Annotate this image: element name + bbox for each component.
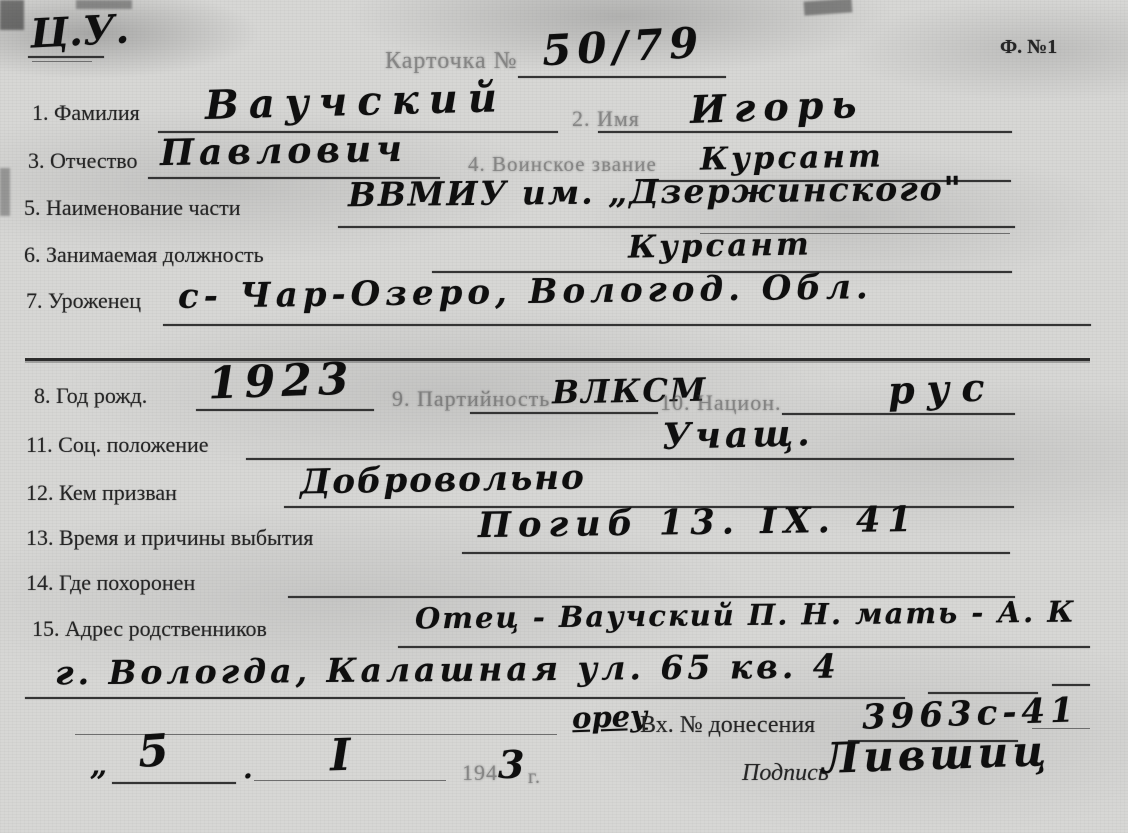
field-unit-value: ВВМИУ им. „Дзержинского" <box>348 169 963 214</box>
field-name-label: 2. Имя <box>572 106 640 132</box>
signature-value: Лившиц <box>821 726 1051 783</box>
field-relatives-label: 15. Адрес родственников <box>32 616 267 642</box>
underline <box>28 56 104 58</box>
underline <box>338 226 1015 228</box>
field-discharge-label: 13. Время и причины выбытия <box>26 525 313 551</box>
form-code: Ф. №1 <box>1000 36 1057 59</box>
field-social-label: 11. Соц. положение <box>26 432 209 458</box>
date-year-suffix: г. <box>528 766 541 789</box>
record-card-scan: Ц.У. Карточка № 50/79 Ф. №1 1. Фамилия В… <box>0 0 1128 833</box>
signature-label: Подпись <box>742 760 829 787</box>
underline <box>462 552 1010 554</box>
report-number-label: Вх. № донесения <box>640 712 815 739</box>
handwritten-note: ореу <box>571 699 648 736</box>
underline <box>32 61 92 62</box>
field-nationality-value: рус <box>887 364 997 413</box>
underline <box>112 782 236 784</box>
field-surname-value: Ваучский <box>204 74 507 129</box>
date-separator-dot: . <box>243 752 253 785</box>
underline <box>598 131 1012 133</box>
underline <box>196 409 374 411</box>
field-name-value: Игорь <box>689 81 865 132</box>
date-month-value: I <box>329 730 351 782</box>
date-open-quote: „ <box>90 748 107 783</box>
scan-smudge <box>0 168 10 216</box>
scan-smudge <box>804 0 853 16</box>
field-relatives-value: Отец - Ваучский П. Н. мать - А. К <box>415 595 1076 636</box>
field-position-label: 6. Занимаемая должность <box>24 242 264 268</box>
underline <box>518 76 726 78</box>
field-birth-year-label: 8. Год рожд. <box>34 383 147 409</box>
underline <box>1052 684 1090 686</box>
date-year-hand: 3 <box>498 742 524 787</box>
field-social-value: Учащ. <box>661 412 814 458</box>
section-divider <box>25 358 1090 361</box>
field-relatives-value2: г. Вологда, Калашная ул. 65 кв. 4 <box>55 647 840 693</box>
date-year-print: 194 <box>462 760 498 786</box>
field-burial-label: 14. Где похоронен <box>26 570 195 596</box>
field-discharge-value: Погиб 13. IX. 41 <box>478 499 919 546</box>
underline <box>163 324 1091 326</box>
field-birthplace-label: 7. Уроженец <box>26 288 141 314</box>
corner-mark: Ц.У. <box>29 5 130 57</box>
scan-smudge <box>0 0 24 30</box>
card-number-value: 50/79 <box>541 18 706 75</box>
field-drafted-value: Добровольно <box>300 458 586 503</box>
field-position-value: Курсант <box>628 226 812 265</box>
field-patronymic-label: 3. Отчество <box>28 148 138 174</box>
underline <box>246 458 1014 460</box>
field-drafted-label: 12. Кем призван <box>26 480 177 506</box>
underline <box>782 413 1015 415</box>
date-day-value: 5 <box>136 725 170 778</box>
field-nationality-label: 10. Национ. <box>660 390 781 416</box>
underline <box>25 697 905 699</box>
field-party-label: 9. Партийность <box>392 386 550 412</box>
field-birthplace-value: с- Чар-Озеро, Вологод. Обл. <box>178 267 873 317</box>
field-surname-label: 1. Фамилия <box>32 100 140 126</box>
card-number-label: Карточка № <box>385 48 518 75</box>
underline <box>470 412 658 414</box>
field-unit-label: 5. Наименование части <box>24 195 241 221</box>
field-birth-year-value: 1923 <box>207 353 355 409</box>
field-patronymic-value: Павлович <box>160 128 408 174</box>
